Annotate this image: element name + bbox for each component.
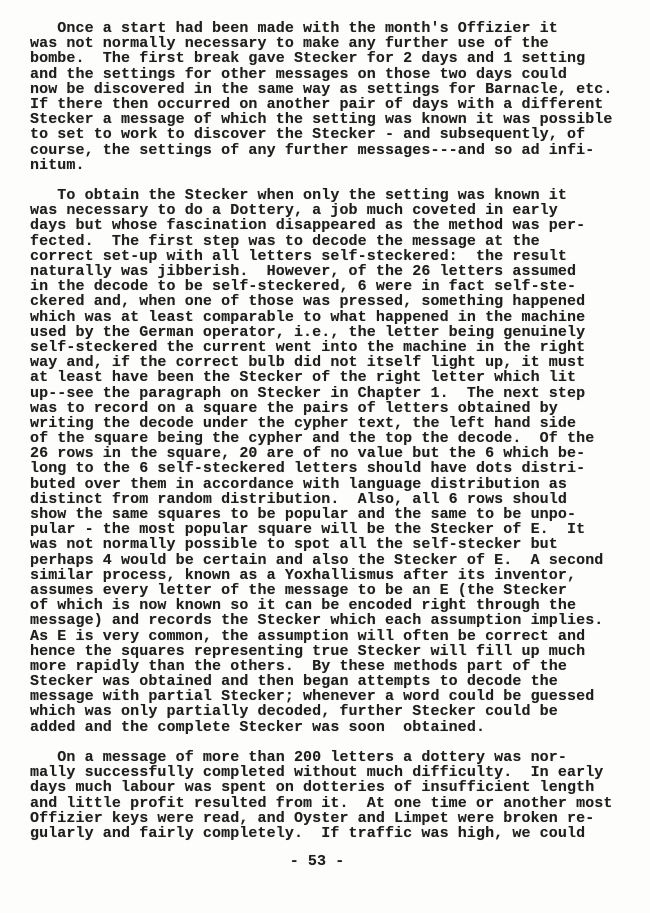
text-line: way and, if the correct bulb did not its… — [30, 355, 613, 370]
text-line: was to record on a square the pairs of l… — [30, 401, 613, 416]
text-line: nitum. — [30, 158, 613, 173]
document-body: Once a start had been made with the mont… — [30, 21, 613, 856]
text-line: used by the German operator, i.e., the l… — [30, 325, 613, 340]
text-line: and the settings for other messages on t… — [30, 67, 613, 82]
text-line: which was only partially decoded, furthe… — [30, 704, 613, 719]
text-line: was not normally necessary to make any f… — [30, 36, 613, 51]
text-line: of which is now known so it can be encod… — [30, 598, 613, 613]
text-line: Offizier keys were read, and Oyster and … — [30, 811, 613, 826]
text-line: writing the decode under the cypher text… — [30, 416, 613, 431]
text-line: now be discovered in the same way as set… — [30, 82, 613, 97]
text-line: of the square being the cypher and the t… — [30, 431, 613, 446]
text-line: long to the 6 self-steckered letters sho… — [30, 461, 613, 476]
text-line: ckered and, when one of those was presse… — [30, 294, 613, 309]
paragraph: On a message of more than 200 letters a … — [30, 750, 613, 841]
text-line: self-steckered the current went into the… — [30, 340, 613, 355]
text-line: hence the squares representing true Stec… — [30, 644, 613, 659]
text-line: On a message of more than 200 letters a … — [30, 750, 613, 765]
text-line: similar process, known as a Yoxhallismus… — [30, 568, 613, 583]
text-line: message with partial Stecker; whenever a… — [30, 689, 613, 704]
text-line: distinct from random distribution. Also,… — [30, 492, 613, 507]
text-line: to set to work to discover the Stecker -… — [30, 127, 613, 142]
text-line: in the decode to be self-steckered, 6 we… — [30, 279, 613, 294]
text-line: 26 rows in the square, 20 are of no valu… — [30, 446, 613, 461]
text-line: at least have been the Stecker of the ri… — [30, 370, 613, 385]
text-line: gularly and fairly completely. If traffi… — [30, 826, 613, 841]
text-line: days much labour was spent on dotteries … — [30, 780, 613, 795]
text-line: perhaps 4 would be certain and also the … — [30, 553, 613, 568]
text-line: pular - the most popular square will be … — [30, 522, 613, 537]
text-line: bombe. The first break gave Stecker for … — [30, 51, 613, 66]
text-line: Once a start had been made with the mont… — [30, 21, 613, 36]
text-line: message) and records the Stecker which e… — [30, 613, 613, 628]
text-line: which was at least comparable to what ha… — [30, 310, 613, 325]
text-line: correct set-up with all letters self-ste… — [30, 249, 613, 264]
text-line: Stecker a message of which the setting w… — [30, 112, 613, 127]
text-line: buted over them in accordance with langu… — [30, 477, 613, 492]
text-line: more rapidly than the others. By these m… — [30, 659, 613, 674]
document-page: Once a start had been made with the mont… — [0, 0, 650, 913]
page-number: - 53 - — [0, 854, 642, 869]
text-line: days but whose fascination disappeared a… — [30, 218, 613, 233]
text-line: naturally was jibberish. However, of the… — [30, 264, 613, 279]
text-line: mally successfully completed without muc… — [30, 765, 613, 780]
text-line: assumes every letter of the message to b… — [30, 583, 613, 598]
text-line: was not normally possible to spot all th… — [30, 537, 613, 552]
text-line: To obtain the Stecker when only the sett… — [30, 188, 613, 203]
text-line: added and the complete Stecker was soon … — [30, 720, 613, 735]
text-line: Stecker was obtained and then began atte… — [30, 674, 613, 689]
text-line: was necessary to do a Dottery, a job muc… — [30, 203, 613, 218]
text-line: If there then occurred on another pair o… — [30, 97, 613, 112]
text-line: and little profit resulted from it. At o… — [30, 796, 613, 811]
text-line: As E is very common, the assumption will… — [30, 629, 613, 644]
paragraph: To obtain the Stecker when only the sett… — [30, 188, 613, 735]
text-line: fected. The first step was to decode the… — [30, 234, 613, 249]
text-line: course, the settings of any further mess… — [30, 143, 613, 158]
text-line: show the same squares to be popular and … — [30, 507, 613, 522]
paragraph: Once a start had been made with the mont… — [30, 21, 613, 173]
text-line: up--see the paragraph on Stecker in Chap… — [30, 386, 613, 401]
